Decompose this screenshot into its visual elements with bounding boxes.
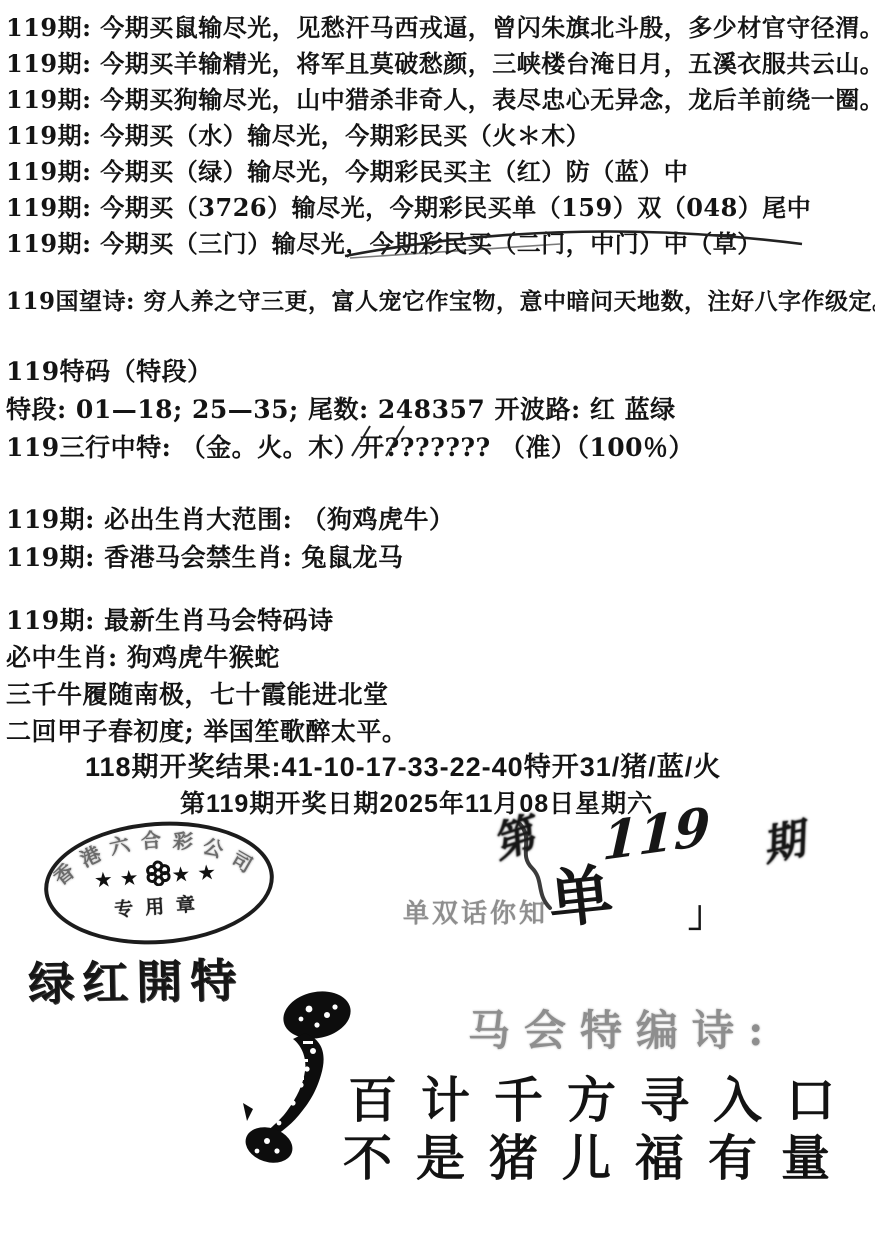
footer-verse-2: 不是猪儿福有量 bbox=[343, 1120, 854, 1190]
prediction-line-3: 119期: 今期买狗输尽光，山中猎杀非奇人，表尽忠心无异念，龙后羊前绕一圈。 bbox=[6, 80, 875, 115]
poem-verse-2: 二回甲子春初度; 举国笙歌醉太平。 bbox=[6, 712, 407, 748]
next-draw-date-line: 第119期开奖日期2025年11月08日星期六 bbox=[180, 784, 653, 820]
tema-section-title: 119特码（特段） bbox=[6, 352, 213, 388]
bauhinia-flower-icon bbox=[144, 859, 172, 887]
seal-arc-char: 彩 bbox=[172, 824, 194, 855]
handwriting-scribble bbox=[500, 820, 590, 920]
zodiac-banned-line: 119期: 香港马会禁生肖: 兔鼠龙马 bbox=[6, 538, 404, 574]
company-seal: 香 港 六 合 彩 公 司 ★★★★ 专用章 bbox=[40, 814, 278, 952]
handwritten-qi-character: 期 bbox=[756, 806, 810, 873]
prediction-line-1: 119期: 今期买鼠输尽光，见愁汗马西戎逼，曾闪朱旗北斗殷，多少材官守径渭。 bbox=[6, 8, 875, 43]
prediction-line-7: 119期: 今期买（三门）输尽光，今期彩民买（二门，中门）中（草） bbox=[6, 224, 762, 259]
lottery-tip-sheet: 119期: 今期买鼠输尽光，见愁汗马西戎逼，曾闪朱旗北斗殷，多少材官守径渭。 1… bbox=[0, 0, 875, 1238]
mahui-poem-title: 马会特编诗: bbox=[468, 998, 778, 1058]
handwritten-green-red-open-special: 绿红開特 bbox=[27, 944, 244, 1014]
last-draw-result-line: 118期开奖结果:41-10-17-33-22-40特开31/猪/蓝/火 bbox=[85, 745, 721, 784]
closing-bracket-mark: 」 bbox=[688, 886, 724, 937]
prediction-line-6: 119期: 今期买（3726）输尽光，今期彩民买单（159）双（048）尾中 bbox=[6, 188, 811, 223]
teduan-line: 特段: 01—18; 25—35; 尾数: 248357 开波路: 红 蓝绿 bbox=[6, 390, 676, 426]
star-icon: ★ bbox=[171, 861, 198, 887]
zodiac-poem-title: 119期: 最新生肖马会特码诗 bbox=[6, 601, 334, 637]
prediction-line-5: 119期: 今期买（绿）输尽光，今期彩民买主（红）防（蓝）中 bbox=[6, 152, 688, 187]
star-icon: ★ bbox=[196, 860, 223, 886]
seal-arc-char: 合 bbox=[140, 824, 162, 854]
guowang-poem-line: 119国望诗: 穷人养之守三更，富人宠它作宝物，意中暗问天地数，注好八字作级定。 bbox=[6, 283, 875, 316]
zodiac-range-line: 119期: 必出生肖大范围: （狗鸡虎牛） bbox=[6, 500, 455, 536]
sanxing-zhongte-line: 119三行中特: （金。火。木）开??????? （准）（100％） bbox=[6, 428, 694, 464]
must-hit-zodiac-line: 必中生肖: 狗鸡虎牛猴蛇 bbox=[6, 638, 280, 674]
prediction-line-4: 119期: 今期买（水）输尽光，今期彩民买（火＊木） bbox=[6, 116, 590, 151]
prediction-line-2: 119期: 今期买羊输精光，将军且莫破愁颜，三峡楼台淹日月，五溪衣服共云山。 bbox=[6, 44, 875, 79]
seal-arc-char: 六 bbox=[106, 828, 132, 861]
star-icon: ★ bbox=[119, 865, 146, 891]
star-icon: ★ bbox=[93, 867, 120, 893]
poem-verse-1: 三千牛履随南极，七十霞能进北堂 bbox=[6, 675, 389, 711]
